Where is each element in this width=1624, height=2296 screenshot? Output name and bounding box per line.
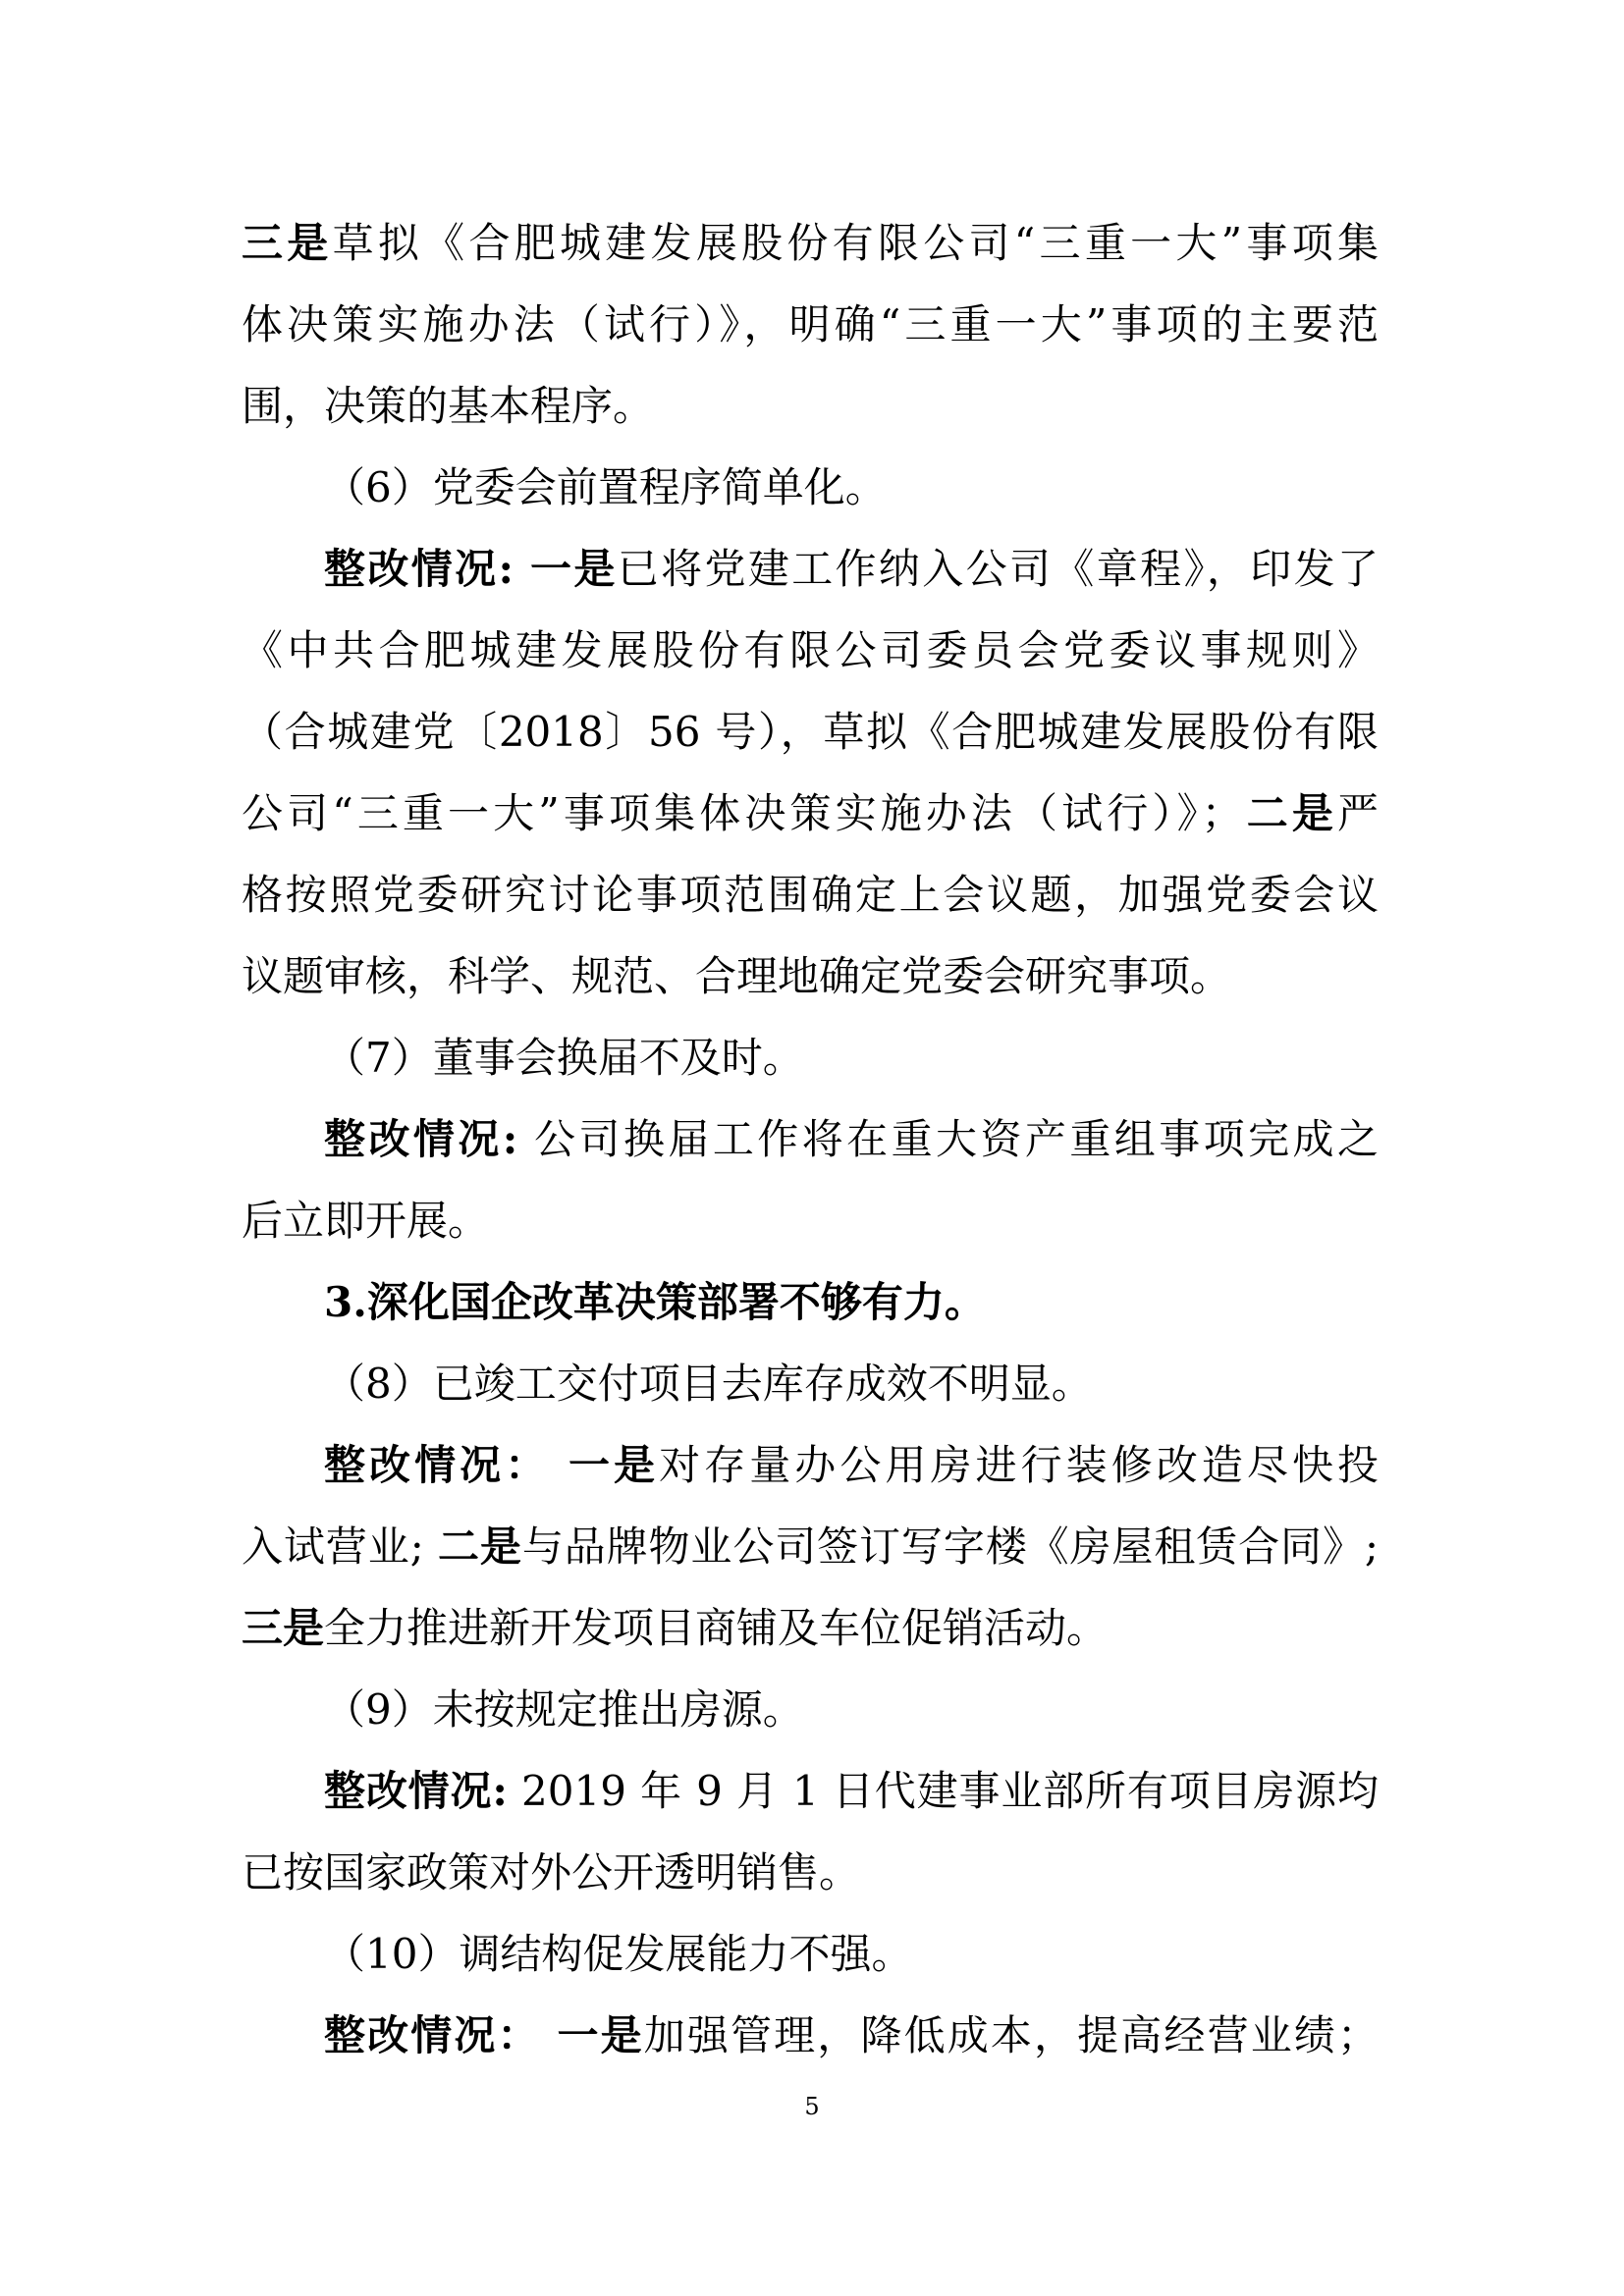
- bold-text-run: 二是: [1243, 789, 1337, 837]
- text-run: 已将党建工作纳入公司《章程》，印发了: [618, 545, 1379, 593]
- text-line: 三是全力推进新开发项目商铺及车位促销活动。: [242, 1587, 1379, 1669]
- text-line: 后立即开展。: [242, 1180, 1379, 1261]
- text-line: 整改情况： 一是对存量办公用房进行装修改造尽快投: [242, 1424, 1379, 1506]
- bold-text-run: 整改情况:: [324, 1115, 517, 1163]
- text-line: （合城建党〔2018〕56 号），草拟《合肥城建发展股份有限: [242, 691, 1379, 773]
- text-line: 议题审核，科学、规范、合理地确定党委会研究事项。: [242, 935, 1379, 1017]
- bold-text-run: 整改情况: 一是: [324, 545, 618, 593]
- text-line: 体决策实施办法（试行）》，明确“三重一大”事项的主要范: [242, 284, 1379, 365]
- text-line: 整改情况： 一是加强管理，降低成本，提高经营业绩；: [242, 1995, 1379, 2076]
- text-line: 3.深化国企改革决策部署不够有力。: [242, 1261, 1379, 1343]
- bold-text-run: 整改情况:: [324, 1767, 508, 1815]
- bold-text-run: 三是: [242, 219, 333, 267]
- text-line: （7）董事会换届不及时。: [242, 1017, 1379, 1098]
- text-run: 严: [1337, 789, 1379, 837]
- text-run: 议题审核，科学、规范、合理地确定党委会研究事项。: [242, 952, 1231, 1000]
- bold-text-run: 二是: [438, 1522, 522, 1571]
- bold-text-run: 整改情况： 一是: [324, 1441, 659, 1489]
- text-line: 公司“三重一大”事项集体决策实施办法（试行）》；二是严: [242, 773, 1379, 854]
- text-run: （合城建党〔2018〕56 号），草拟《合肥城建发展股份有限: [242, 708, 1379, 756]
- text-line: 已按国家政策对外公开透明销售。: [242, 1832, 1379, 1913]
- text-line: （10）调结构促发展能力不强。: [242, 1913, 1379, 1995]
- text-run: 与品牌物业公司签订写字楼《房屋租赁合同》;: [522, 1522, 1379, 1571]
- text-run: 草拟《合肥城建发展股份有限公司“三重一大”事项集: [333, 219, 1379, 267]
- text-run: 围，决策的基本程序。: [242, 382, 654, 430]
- text-line: （6）党委会前置程序简单化。: [242, 447, 1379, 528]
- text-run: 全力推进新开发项目商铺及车位促销活动。: [324, 1604, 1108, 1652]
- document-page: { "document": { "lines": [ { "indent": f…: [0, 0, 1624, 2296]
- text-run: 已按国家政策对外公开透明销售。: [242, 1848, 860, 1896]
- text-run: 后立即开展。: [242, 1197, 489, 1245]
- text-run: 公司“三重一大”事项集体决策实施办法（试行）》；: [242, 789, 1243, 837]
- bold-text-run: 三是: [242, 1604, 324, 1652]
- document-body: 三是草拟《合肥城建发展股份有限公司“三重一大”事项集体决策实施办法（试行）》，明…: [242, 202, 1379, 2076]
- text-line: （8）已竣工交付项目去库存成效不明显。: [242, 1343, 1379, 1424]
- text-line: 整改情况: 公司换届工作将在重大资产重组事项完成之: [242, 1098, 1379, 1180]
- text-run: 对存量办公用房进行装修改造尽快投: [659, 1441, 1379, 1489]
- text-run: 《中共合肥城建发展股份有限公司委员会党委议事规则》: [242, 626, 1379, 674]
- text-run: 公司换届工作将在重大资产重组事项完成之: [517, 1115, 1379, 1163]
- text-line: 格按照党委研究讨论事项范围确定上会议题，加强党委会议: [242, 854, 1379, 935]
- text-run: 2019 年 9 月 1 日代建事业部所有项目房源均: [508, 1767, 1379, 1815]
- text-run: 加强管理，降低成本，提高经营业绩；: [644, 2011, 1379, 2059]
- text-run: （7）董事会换届不及时。: [324, 1034, 804, 1082]
- page-number: 5: [0, 2089, 1624, 2124]
- text-run: 入试营业;: [242, 1522, 438, 1571]
- text-line: 入试营业; 二是与品牌物业公司签订写字楼《房屋租赁合同》;: [242, 1506, 1379, 1587]
- text-line: 整改情况: 2019 年 9 月 1 日代建事业部所有项目房源均: [242, 1750, 1379, 1832]
- text-run: （6）党委会前置程序简单化。: [324, 463, 887, 511]
- text-run: （8）已竣工交付项目去库存成效不明显。: [324, 1360, 1093, 1408]
- text-run: 格按照党委研究讨论事项范围确定上会议题，加强党委会议: [242, 871, 1379, 919]
- text-line: 三是草拟《合肥城建发展股份有限公司“三重一大”事项集: [242, 202, 1379, 284]
- text-run: （9）未按规定推出房源。: [324, 1685, 804, 1734]
- text-run: 体决策实施办法（试行）》，明确“三重一大”事项的主要范: [242, 300, 1379, 348]
- text-line: 围，决策的基本程序。: [242, 365, 1379, 447]
- bold-text-run: 3.深化国企改革决策部署不够有力。: [324, 1278, 986, 1326]
- text-line: 《中共合肥城建发展股份有限公司委员会党委议事规则》: [242, 610, 1379, 691]
- text-run: （10）调结构促发展能力不强。: [324, 1930, 912, 1978]
- text-line: 整改情况: 一是已将党建工作纳入公司《章程》，印发了: [242, 528, 1379, 610]
- text-line: （9）未按规定推出房源。: [242, 1669, 1379, 1750]
- bold-text-run: 整改情况： 一是: [324, 2011, 644, 2059]
